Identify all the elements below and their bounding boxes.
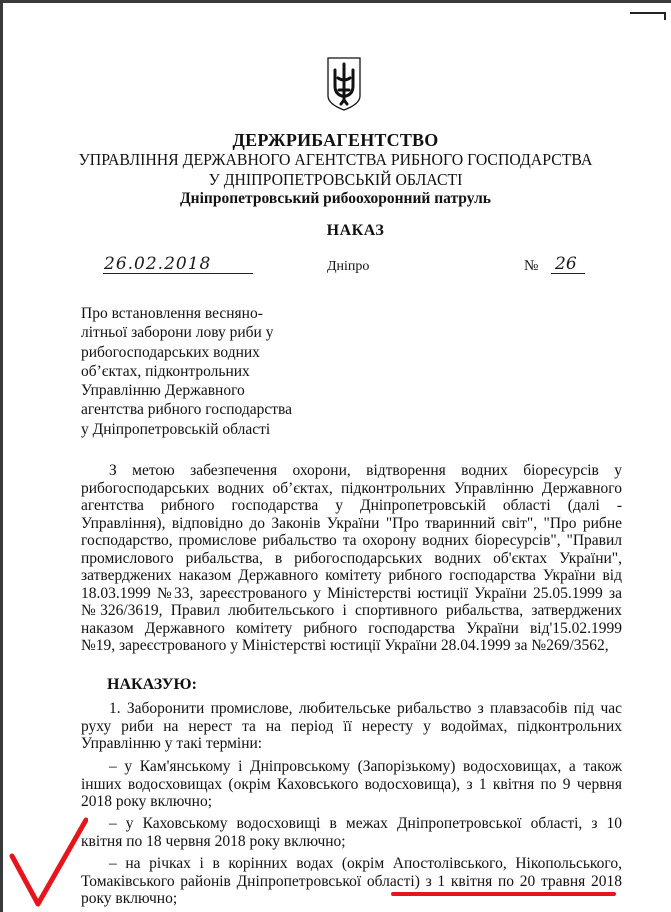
text-line: квітня по 18 червня 2018 року включно; bbox=[81, 833, 622, 851]
text-line: 2018 року включно; bbox=[81, 793, 622, 811]
text-line: рибогосподарських водних об’єктах, підко… bbox=[81, 480, 622, 498]
handwritten-order-number: 26 bbox=[555, 254, 577, 274]
order-item-1: 1. Заборонити промислове, любительське р… bbox=[81, 700, 622, 753]
preamble-paragraph: З метою забезпечення охорони, відтворенн… bbox=[81, 462, 622, 655]
subject-line: Управлінню Державного bbox=[81, 381, 341, 400]
subject-line: у Дніпропетровській області bbox=[81, 420, 341, 439]
scan-corner-mark bbox=[630, 12, 666, 14]
order-item-1-sub-c: – на річках і в корінних водах (окрім Ап… bbox=[81, 855, 622, 908]
subject-line: об’єктах, підконтрольних bbox=[81, 362, 341, 381]
subject-line: рибогосподарських водних bbox=[81, 343, 341, 362]
scan-corner-mark-vertical bbox=[664, 12, 666, 20]
document-type-title: НАКАЗ bbox=[20, 222, 671, 240]
subject-line: літньої заборони лову риби у bbox=[81, 323, 341, 342]
text-line: агентства рибного господарства у Дніпроп… bbox=[81, 497, 622, 515]
order-subject: Про встановлення весняно- літньої заборо… bbox=[81, 304, 341, 439]
city-label: Дніпро bbox=[327, 259, 369, 275]
order-item-1-sub-a: – у Кам'янському і Дніпровському (Запорі… bbox=[81, 758, 622, 811]
text-line: – у Кам'янському і Дніпровському (Запорі… bbox=[81, 758, 622, 776]
text-line: інших водосховищах (окрім Каховського во… bbox=[81, 776, 622, 794]
text-line: Управління), відповідно до Законів Украї… bbox=[81, 515, 622, 533]
text-line: 1. Заборонити промислове, любительське р… bbox=[81, 700, 622, 718]
subject-line: Про встановлення весняно- bbox=[81, 304, 341, 323]
text-line: затверджених наказом Державного комітету… bbox=[81, 567, 622, 585]
number-underline bbox=[551, 273, 585, 274]
red-highlight-underline bbox=[391, 892, 616, 896]
text-line: №326/3619, Правил любительського і спорт… bbox=[81, 602, 622, 620]
text-line: – на річках і в корінних водах (окрім Ап… bbox=[81, 855, 622, 873]
text-line: З метою забезпечення охорони, відтворенн… bbox=[81, 462, 622, 480]
text-line: промислового рибальства, в рибогосподарс… bbox=[81, 550, 622, 568]
department-name-line1: УПРАВЛІННЯ ДЕРЖАВНОГО АГЕНТСТВА РИБНОГО … bbox=[23, 150, 647, 170]
department-name-line2: У ДНІПРОПЕТРОВСЬКІЙ ОБЛАСТІ bbox=[23, 170, 647, 190]
trident-emblem-icon bbox=[326, 56, 362, 112]
agency-name: ДЕРЖРИБАГЕНТСТВО bbox=[0, 130, 671, 151]
text-line: Томаківського районів Дніпропетровської … bbox=[81, 873, 622, 891]
text-line: руху риби на нерест та на період її нере… bbox=[81, 718, 622, 736]
order-heading: НАКАЗУЮ: bbox=[107, 676, 197, 694]
date-underline bbox=[103, 273, 253, 274]
subject-line: агентства рибного господарства bbox=[81, 400, 341, 419]
text-line: Управлінню у такі терміни: bbox=[81, 735, 622, 753]
text-line: наказом Державного комітету рибного госп… bbox=[81, 620, 622, 638]
scan-border-top bbox=[0, 0, 671, 3]
unit-name: Дніпропетровський рибоохоронний патруль bbox=[0, 190, 671, 208]
text-line: – у Каховському водосховищі в межах Дніп… bbox=[81, 815, 622, 833]
text-line: №19, зареєстрованого у Міністерстві юсти… bbox=[81, 637, 622, 655]
order-item-1-sub-b: – у Каховському водосховищі в межах Дніп… bbox=[81, 815, 622, 850]
text-line: 18.03.1999 №33, зареєстрованого у Мініст… bbox=[81, 585, 622, 603]
red-checkmark-icon bbox=[8, 816, 88, 908]
text-line: господарство, промислове рибальство та о… bbox=[81, 532, 622, 550]
handwritten-date: 26.02.2018 bbox=[104, 254, 211, 274]
number-sign: № bbox=[524, 258, 538, 275]
